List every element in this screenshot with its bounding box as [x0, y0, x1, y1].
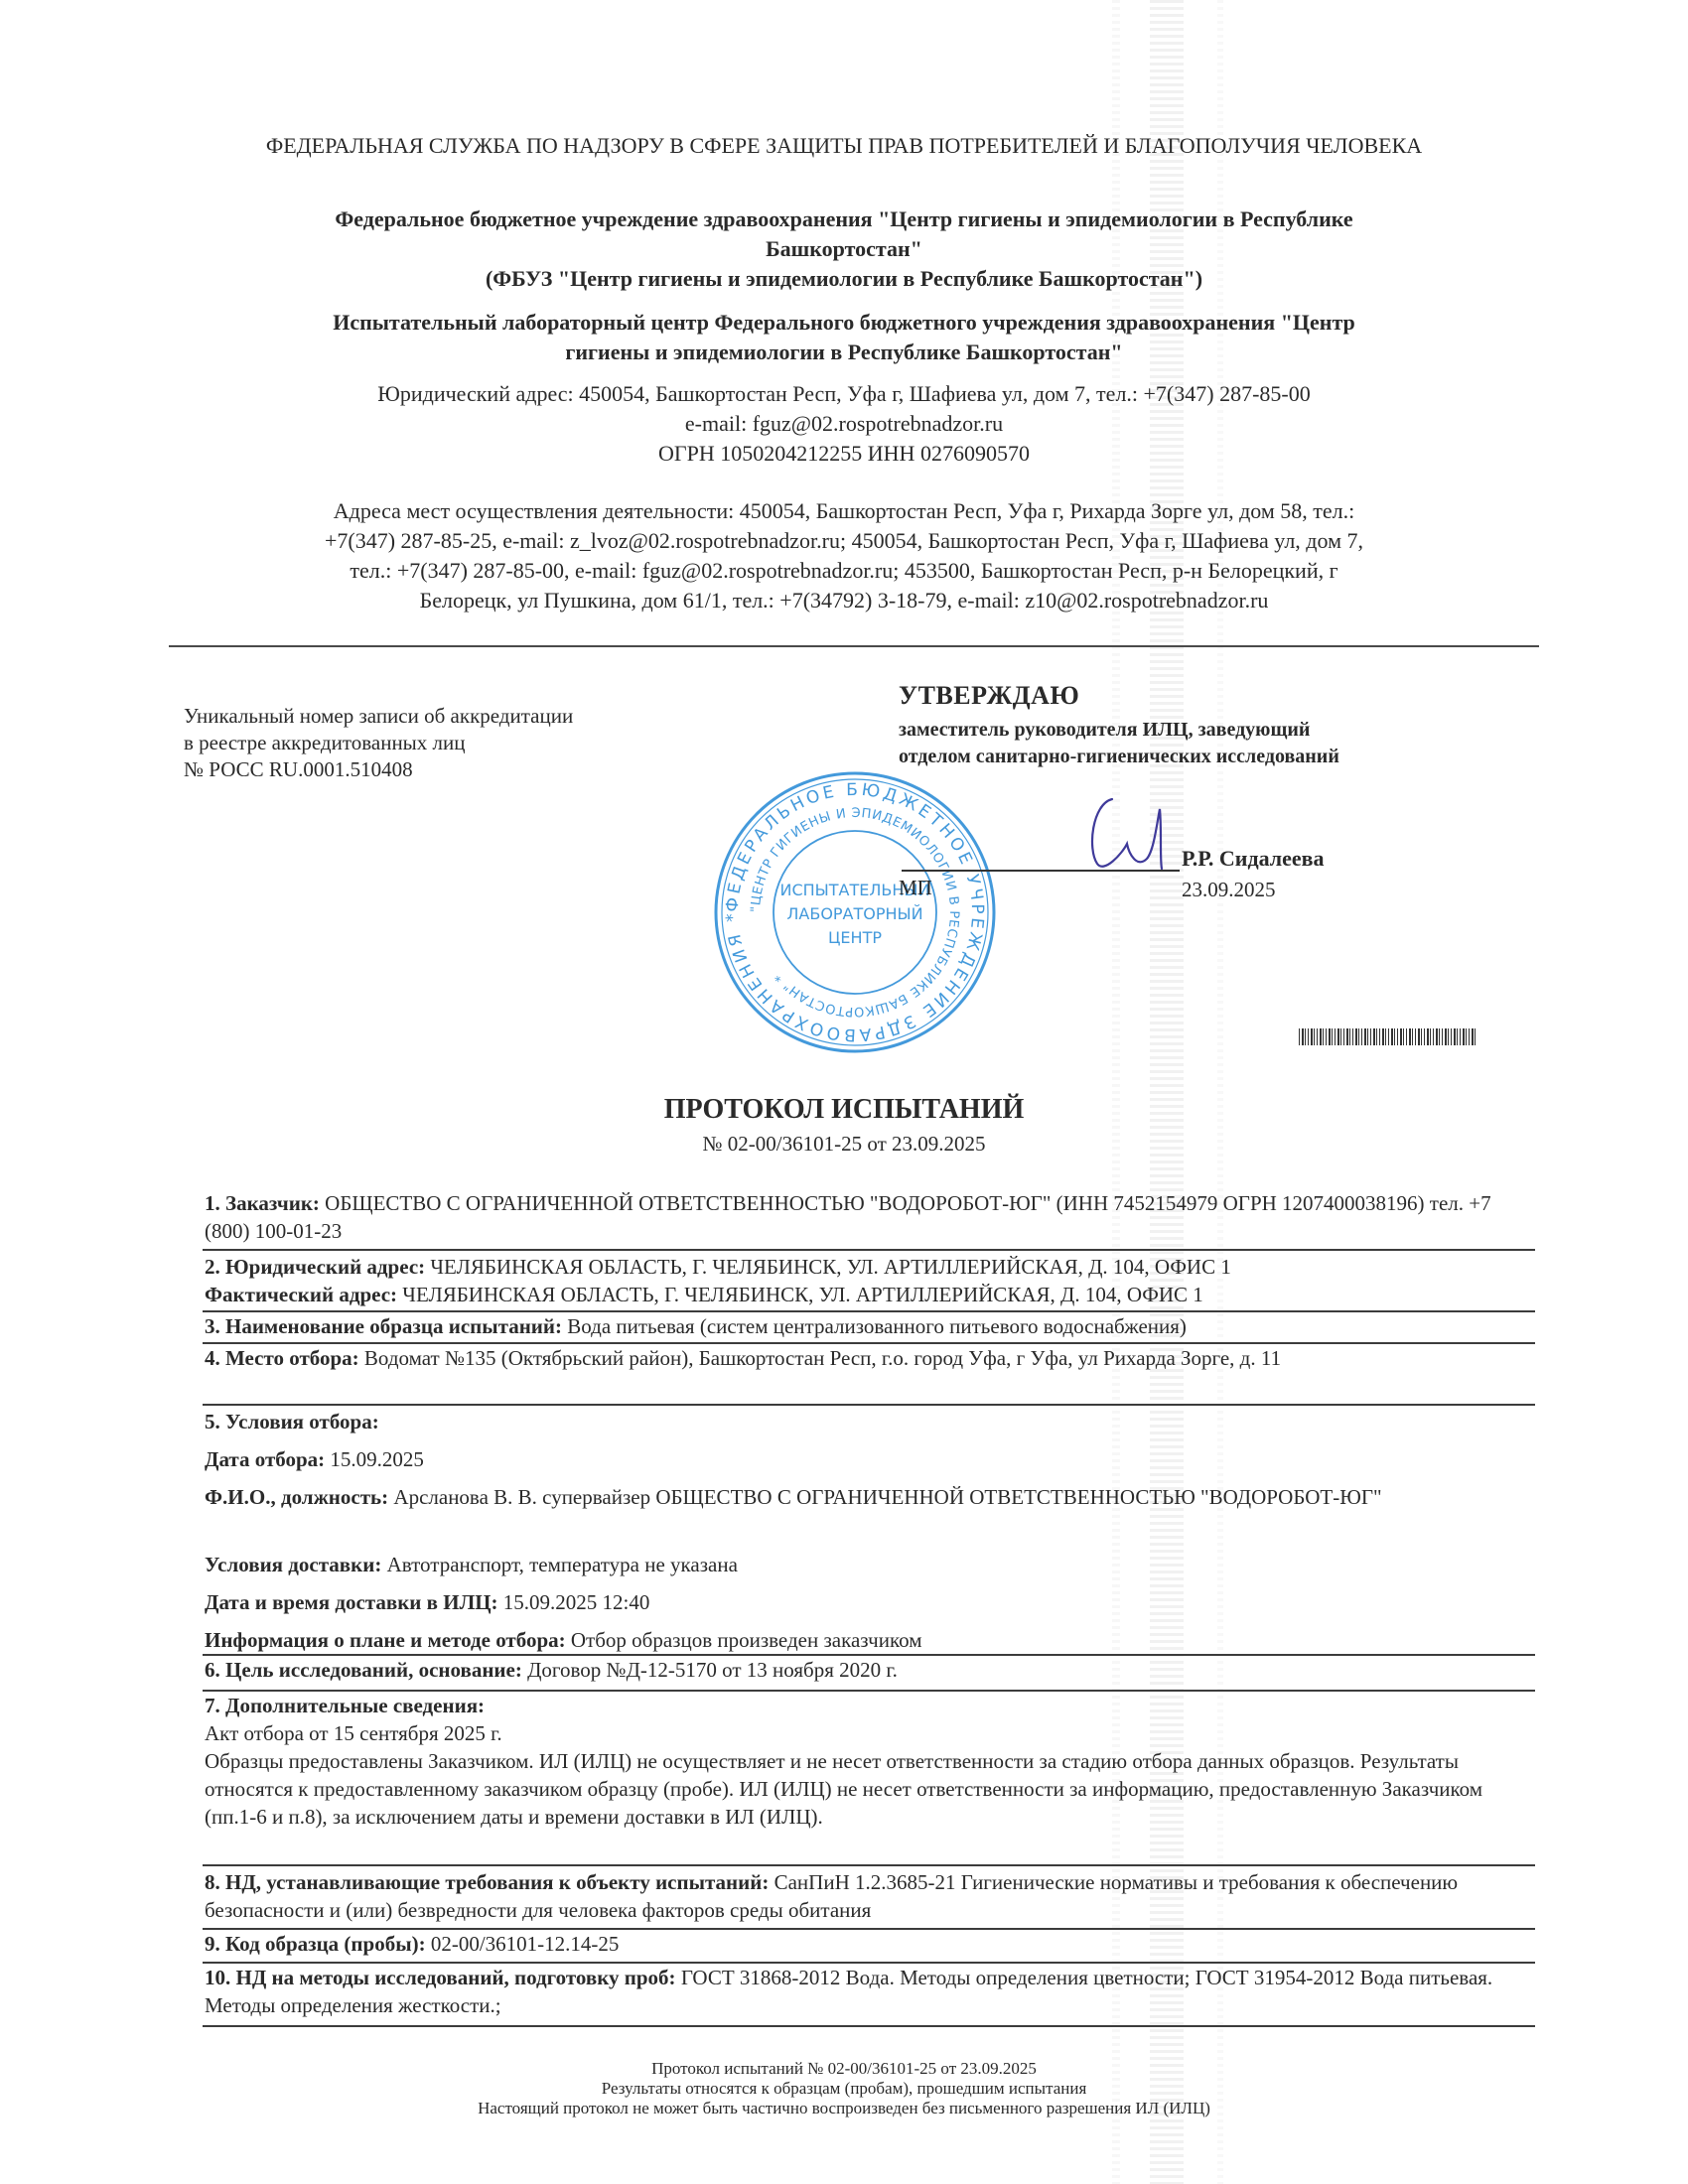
section-value: ЧЕЛЯБИНСКАЯ ОБЛАСТЬ, Г. ЧЕЛЯБИНСК, УЛ. А… [425, 1255, 1231, 1279]
section-value: Арсланова В. В. супервайзер ОБЩЕСТВО С О… [388, 1485, 1381, 1509]
header-email: e-mail: fguz@02.rospotrebnadzor.ru [199, 409, 1489, 439]
seal-place-label: МП [899, 876, 932, 900]
section-value: Вода питьевая (систем централизованного … [562, 1314, 1187, 1338]
section-sample-name: 3. Наименование образца испытаний: Вода … [205, 1312, 1535, 1340]
section-value: ЧЕЛЯБИНСКАЯ ОБЛАСТЬ, Г. ЧЕЛЯБИНСК, УЛ. А… [397, 1283, 1203, 1306]
section-value: ОБЩЕСТВО С ОГРАНИЧЕННОЙ ОТВЕТСТВЕННОСТЬЮ… [205, 1191, 1491, 1243]
institution-name-line2: Башкортостан" [199, 234, 1489, 264]
section-value: 15.09.2025 [325, 1447, 424, 1471]
section-label: 2. Юридический адрес: [205, 1255, 425, 1279]
section-requirements: 8. НД, устанавливающие требования к объе… [205, 1868, 1535, 1924]
section-divider [203, 2025, 1535, 2027]
stamp-center-line3: ЦЕНТР [828, 928, 882, 947]
section-label: 4. Место отбора: [205, 1346, 359, 1370]
activity-address-line: +7(347) 287-85-25, e-mail: z_lvoz@02.ros… [199, 526, 1489, 556]
legal-address: Юридический адрес: 450054, Башкортостан … [199, 379, 1489, 409]
additional-note: Образцы предоставлены Заказчиком. ИЛ (ИЛ… [205, 1747, 1535, 1831]
section-label: 5. Условия отбора: [205, 1410, 379, 1433]
section-divider [203, 1249, 1535, 1251]
official-stamp: ФЕДЕРАЛЬНОЕ БЮДЖЕТНОЕ УЧРЕЖДЕНИЕ ЗДРАВОО… [711, 768, 999, 1056]
section-label: 8. НД, устанавливающие требования к объе… [205, 1870, 769, 1894]
footer-protocol-ref: Протокол испытаний № 02-00/36101-25 от 2… [298, 2059, 1390, 2079]
accreditation-number: № РОСС RU.0001.510408 [184, 756, 573, 783]
section-sample-code: 9. Код образца (пробы): 02-00/36101-12.1… [205, 1930, 1535, 1958]
approval-role-line2: отделом санитарно-гигиенических исследов… [899, 744, 1339, 770]
section-label: 9. Код образца (пробы): [205, 1932, 426, 1956]
activity-address-line: Адреса мест осуществления деятельности: … [199, 496, 1489, 526]
section-sampling-conditions: 5. Условия отбора: [205, 1408, 1535, 1435]
footer-results-note: Результаты относятся к образцам (пробам)… [298, 2079, 1390, 2099]
section-value: Автотранспорт, температура не указана [381, 1553, 738, 1576]
section-label: Условия доставки: [205, 1553, 381, 1576]
section-additional-info: 7. Дополнительные сведения: Акт отбора о… [205, 1692, 1535, 1831]
section-label: 7. Дополнительные сведения: [205, 1692, 1535, 1719]
barcode-icon [1299, 1028, 1476, 1045]
accreditation-line2: в реестре аккредитованных лиц [184, 730, 573, 756]
lab-name-line2: гигиены и эпидемиологии в Республике Баш… [199, 338, 1489, 367]
header-divider [169, 645, 1539, 647]
institution-short-name: (ФБУЗ "Центр гигиены и эпидемиологии в Р… [199, 264, 1489, 294]
section-label: Информация о плане и методе отбора: [205, 1628, 566, 1652]
section-divider [203, 1404, 1535, 1406]
section-divider [203, 1864, 1535, 1866]
section-label: Ф.И.О., должность: [205, 1485, 388, 1509]
approval-date: 23.09.2025 [1182, 878, 1276, 902]
accreditation-block: Уникальный номер записи об аккредитации … [184, 703, 573, 783]
section-value: Отбор образцов произведен заказчиком [566, 1628, 922, 1652]
section-methods: 10. НД на методы исследований, подготовк… [205, 1964, 1535, 2019]
sampler-person: Ф.И.О., должность: Арсланова В. В. супер… [205, 1483, 1535, 1511]
section-label: 3. Наименование образца испытаний: [205, 1314, 562, 1338]
section-label: Дата и время доставки в ИЛЦ: [205, 1590, 498, 1614]
section-value: 15.09.2025 12:40 [498, 1590, 650, 1614]
section-value: Договор №Д-12-5170 от 13 ноября 2020 г. [522, 1658, 898, 1682]
section-customer: 1. Заказчик: ОБЩЕСТВО С ОГРАНИЧЕННОЙ ОТВ… [205, 1189, 1535, 1245]
protocol-title: ПРОТОКОЛ ИСПЫТАНИЙ [199, 1094, 1489, 1126]
section-label: 10. НД на методы исследований, подготовк… [205, 1966, 676, 1989]
agency-name: ФЕДЕРАЛЬНАЯ СЛУЖБА ПО НАДЗОРУ В СФЕРЕ ЗА… [199, 131, 1489, 161]
stamp-center-line2: ЛАБОРАТОРНЫЙ [786, 904, 922, 923]
activity-address-line: тел.: +7(347) 287-85-00, e-mail: fguz@02… [199, 556, 1489, 586]
approval-role-line1: заместитель руководителя ИЛЦ, заведующий [899, 717, 1339, 744]
protocol-page: ФЕДЕРАЛЬНАЯ СЛУЖБА ПО НАДЗОРУ В СФЕРЕ ЗА… [0, 0, 1688, 2184]
section-value: 02-00/36101-12.14-25 [426, 1932, 620, 1956]
section-label: Дата отбора: [205, 1447, 325, 1471]
sampling-plan-info: Информация о плане и методе отбора: Отбо… [205, 1626, 1535, 1654]
page-footer: Протокол испытаний № 02-00/36101-25 от 2… [298, 2059, 1390, 2118]
ogrn-inn: ОГРН 1050204212255 ИНН 0276090570 [199, 439, 1489, 469]
sampling-date: Дата отбора: 15.09.2025 [205, 1445, 1535, 1473]
accreditation-line1: Уникальный номер записи об аккредитации [184, 703, 573, 730]
section-sampling-place: 4. Место отбора: Водомат №135 (Октябрьск… [205, 1344, 1535, 1372]
section-actual-address: Фактический адрес: ЧЕЛЯБИНСКАЯ ОБЛАСТЬ, … [205, 1281, 1535, 1308]
signature-line [902, 870, 1180, 872]
approval-block: УТВЕРЖДАЮ заместитель руководителя ИЛЦ, … [899, 681, 1339, 770]
section-label: 1. Заказчик: [205, 1191, 320, 1215]
delivery-datetime: Дата и время доставки в ИЛЦ: 15.09.2025 … [205, 1588, 1535, 1616]
lab-name-line1: Испытательный лабораторный центр Федерал… [199, 308, 1489, 338]
delivery-conditions: Условия доставки: Автотранспорт, темпера… [205, 1551, 1535, 1578]
approval-title: УТВЕРЖДАЮ [899, 681, 1339, 711]
section-value: Водомат №135 (Октябрьский район), Башкор… [359, 1346, 1281, 1370]
section-purpose: 6. Цель исследований, основание: Договор… [205, 1656, 1535, 1684]
footer-reproduction-note: Настоящий протокол не может быть частичн… [298, 2099, 1390, 2118]
sampling-act: Акт отбора от 15 сентября 2025 г. [205, 1719, 1535, 1747]
activity-address-line: Белорецк, ул Пушкина, дом 61/1, тел.: +7… [199, 586, 1489, 615]
institution-name-line1: Федеральное бюджетное учреждение здравоо… [199, 205, 1489, 234]
protocol-number: № 02-00/36101-25 от 23.09.2025 [199, 1132, 1489, 1157]
signer-name: Р.Р. Сидалеева [1182, 846, 1325, 872]
section-label: Фактический адрес: [205, 1283, 397, 1306]
section-label: 6. Цель исследований, основание: [205, 1658, 522, 1682]
section-legal-address: 2. Юридический адрес: ЧЕЛЯБИНСКАЯ ОБЛАСТ… [205, 1253, 1535, 1281]
